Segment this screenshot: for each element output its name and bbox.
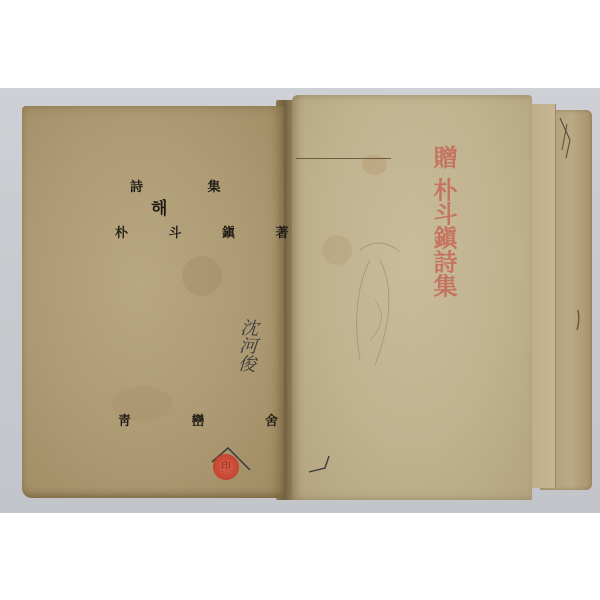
book-publisher: 靑 巒 舍 (118, 410, 306, 429)
book-title: 해 (151, 194, 167, 219)
paper-stain (182, 256, 222, 296)
pencil-mark (305, 450, 345, 480)
faded-flower-sketch (340, 240, 420, 380)
red-ink-inscription: 贈 朴斗鎭詩集 (425, 145, 465, 297)
book-header-text: 詩 集 (130, 176, 251, 195)
book-author: 朴 斗 鎭 著 (115, 222, 307, 241)
red-seal-stamp: 印 (213, 454, 239, 480)
page-fold-line (296, 158, 391, 159)
